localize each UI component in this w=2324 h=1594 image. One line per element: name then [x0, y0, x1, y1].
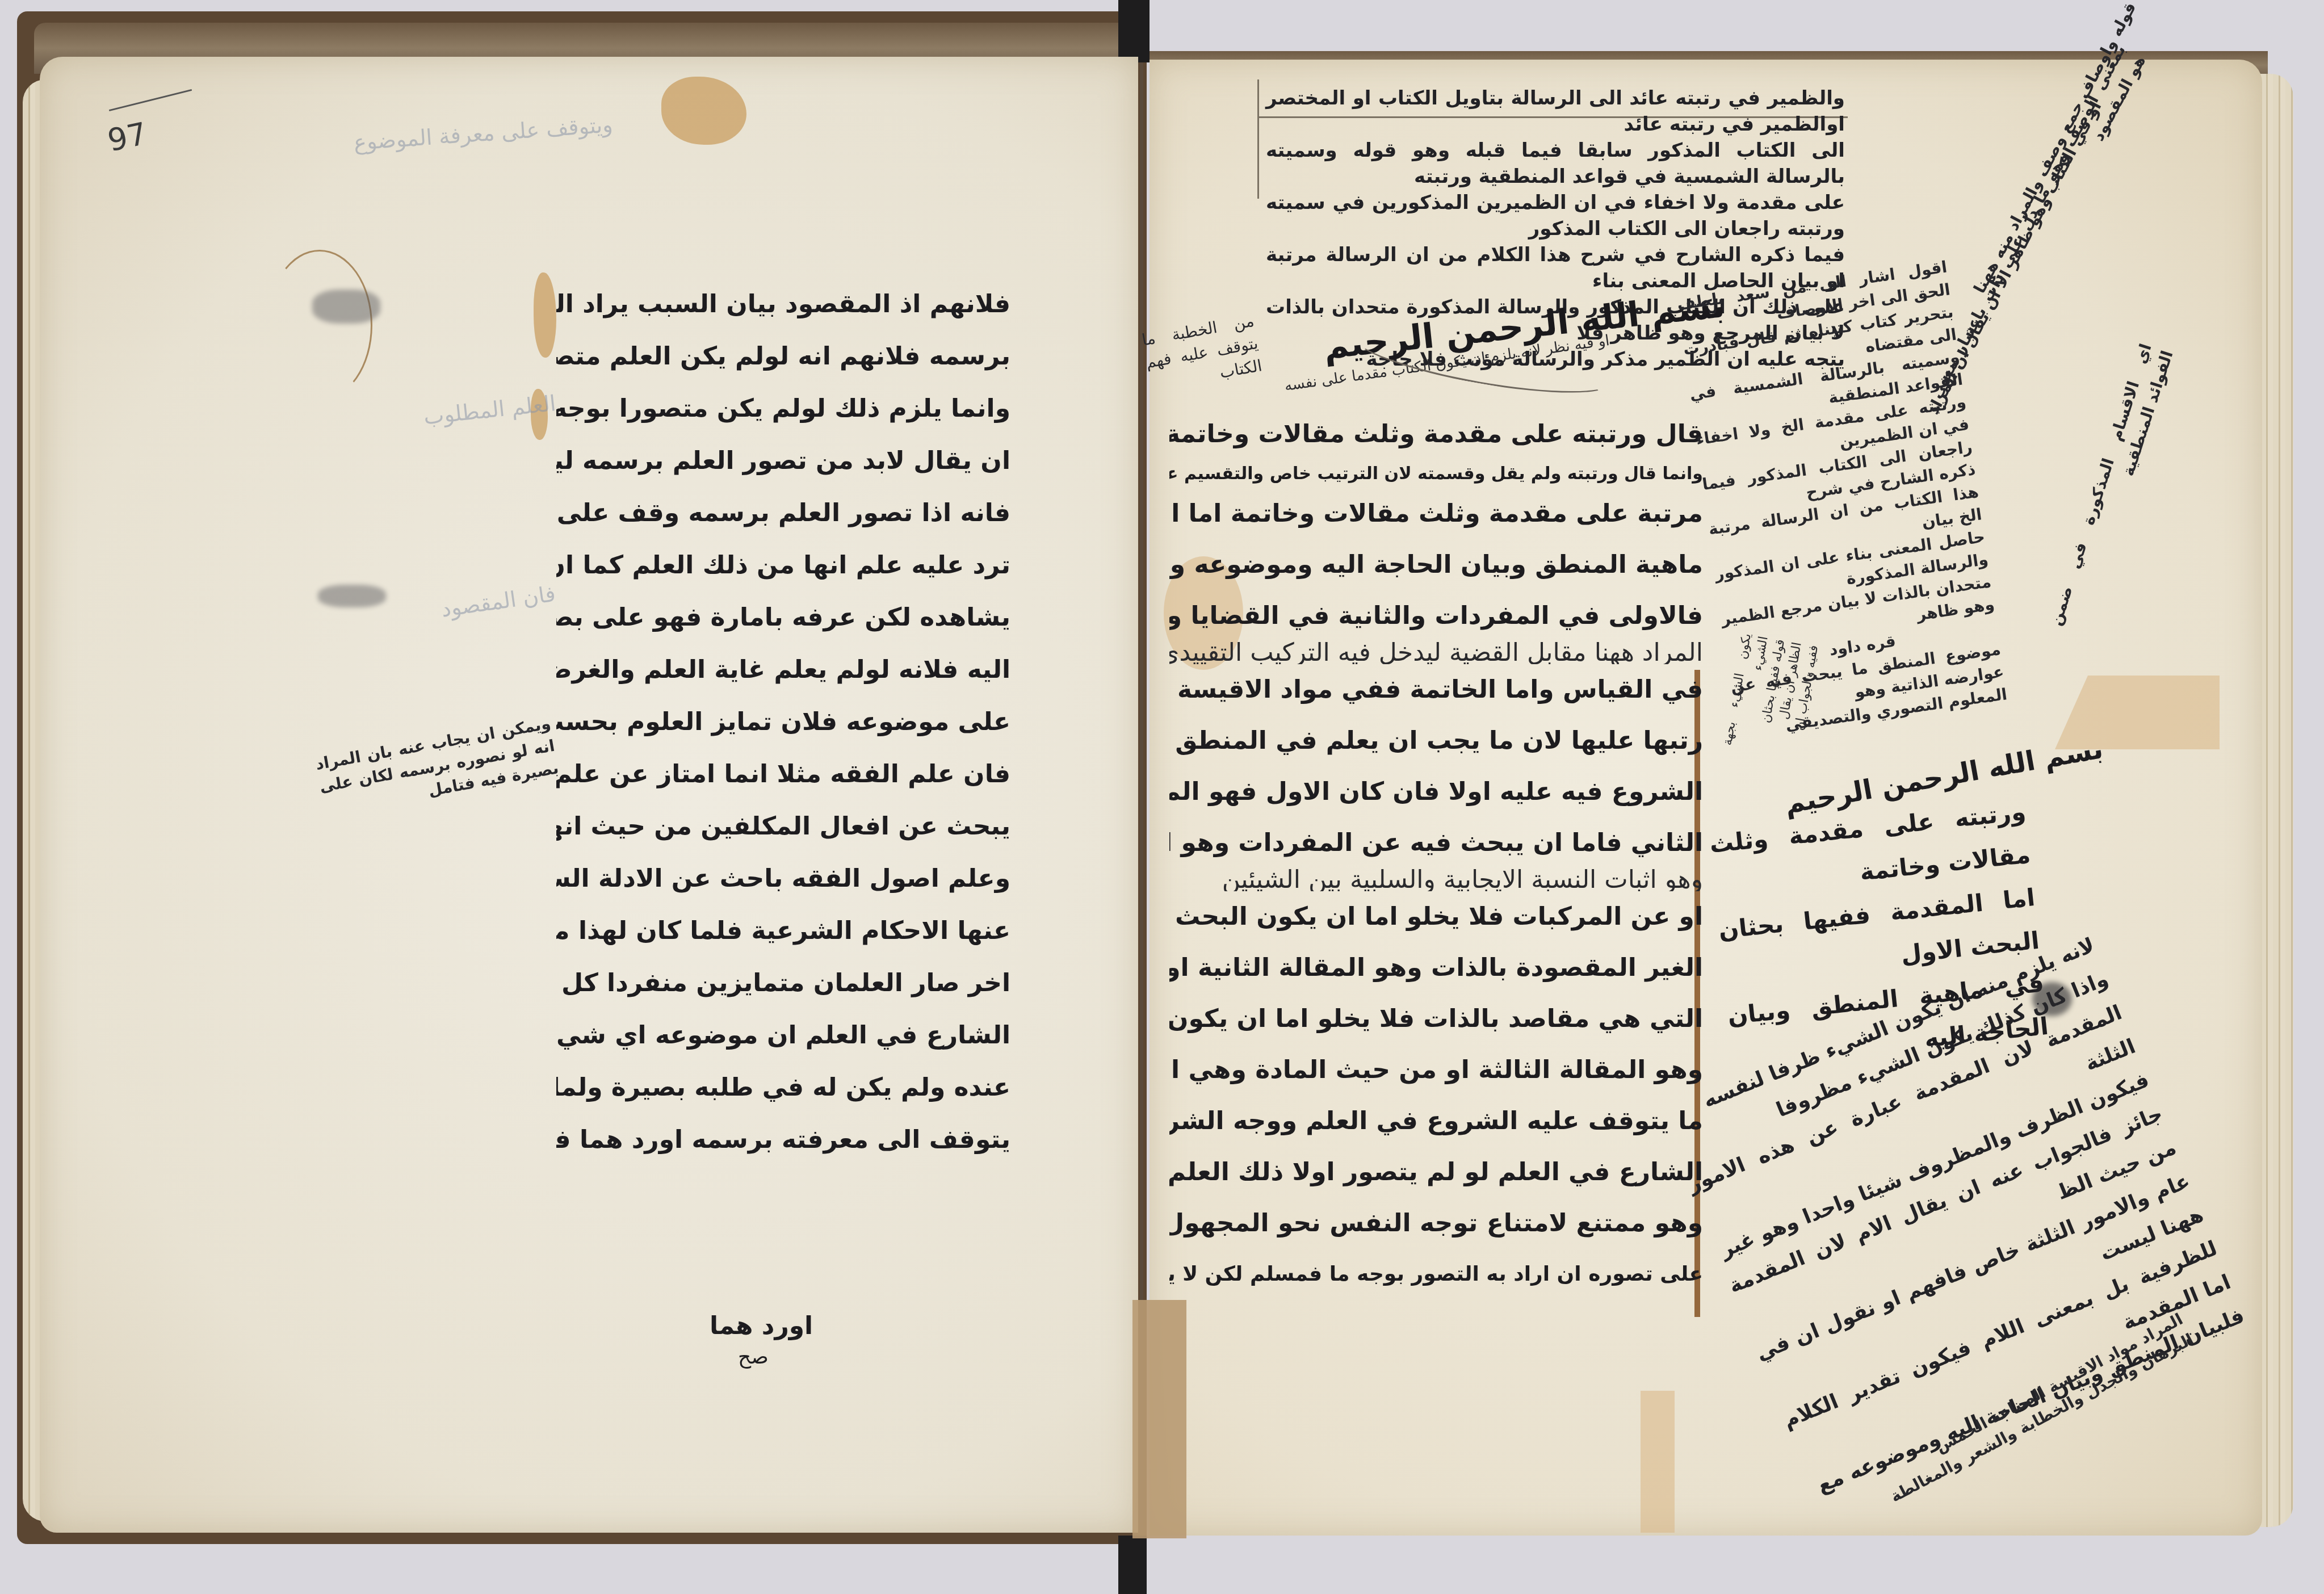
catchword: اورد هما [710, 1311, 813, 1340]
text-line: في القياس واما الخاتمة ففي مواد الاقيسة … [1169, 664, 1703, 715]
left-main-text: فلانهم اذ المقصود بيان السبب يراد العرف … [556, 278, 1010, 1166]
spine-strap-top [1118, 0, 1150, 62]
text-line: فلانهم اذ المقصود بيان السبب يراد العرف … [556, 278, 1010, 330]
water-stain [1641, 1391, 1675, 1533]
text-line: الشارع في العلم ان موضوعه اي شيء هو لم ي… [556, 1009, 1010, 1062]
text-line: برسمه فلانهم انه لولم يكن العلم متصورا ب… [556, 330, 1010, 383]
text-line: فالاولى في المفردات والثانية في القضايا … [1169, 590, 1703, 641]
text-line: وعلم اصول الفقه باحث عن الادلة السمعية م… [556, 853, 1010, 905]
right-main-text: قال ورتبته على مقدمة وثلث مقالات وخاتمة … [1169, 409, 1703, 1300]
ruling-line [1257, 79, 1259, 199]
ink-blot [2032, 982, 2072, 1016]
text-line: عنها الاحكام الشرعية فلما كان لهذا موضوع… [556, 905, 1010, 957]
text-line: وهو المقالة الثالثة او من حيث المادة وهي… [1169, 1045, 1703, 1096]
verification-mark: صح [738, 1345, 769, 1369]
text-line: ان يقال لابد من تصور العلم برسمه ليكون ا… [556, 435, 1010, 487]
text-line: وانما يلزم ذلك لولم يكن متصورا بوجه ما م… [556, 383, 1010, 435]
text-line: الشروع فيه عليه اولا فان كان الاول فهو ا… [1169, 766, 1703, 817]
text-line: وهو ممتنع لامتناع توجه النفس نحو المجهول… [1169, 1198, 1703, 1249]
text-line: وانما قال ورتبته ولم يقل وقسمته لان التر… [1169, 460, 1703, 488]
commentary-line: على مقدمة ولا اخفاء في ان الظميرين المذك… [1266, 190, 1845, 242]
spine-strap-bottom [1118, 1536, 1147, 1594]
interlinear-note: المراد ههنا مقابل القضية ليدخل فيه الترك… [1169, 641, 1703, 664]
text-line: يتوقف الى معرفته برسمه اورد هما في بحث و… [556, 1114, 1010, 1166]
text-line: رتبها عليها لان ما يجب ان يعلم في المنطق… [1169, 715, 1703, 766]
text-line: الشارع في العلم لو لم يتصور اولا ذلك الع… [1169, 1147, 1703, 1198]
spine-repair-strip [1132, 1300, 1186, 1538]
text-line: ما يتوقف عليه الشروع في العلم ووجه الشرو… [1169, 1096, 1703, 1147]
text-line: الغير المقصودة بالذات وهو المقالة الثاني… [1169, 942, 1703, 993]
text-line: فان علم الفقه مثلا انما امتاز عن علم اصو… [556, 748, 1010, 800]
text-line: ماهية المنطق وبيان الحاجة اليه وموضوعه و… [1169, 539, 1703, 590]
text-line: على تصوره ان اراد به التصور بوجه ما فمسل… [1169, 1249, 1703, 1300]
thread-curve [267, 250, 372, 401]
text-line: اخر صار العلمان متمايزين منفردا كل واحد … [556, 957, 1010, 1009]
text-line: اليه فلانه لولم يعلم غاية العلم والغرض ع… [556, 644, 1010, 696]
ink-smudge [312, 290, 380, 324]
text-line: يشاهده لكن عرفه بامارة فهو على بصيرة في … [556, 592, 1010, 644]
text-line: على موضوعه فلان تمايز العلوم بحسب تمايز … [556, 696, 1010, 748]
text-line: ترد عليه علم انها من ذلك العلم كما ان من… [556, 539, 1010, 592]
text-line: يبحث عن افعال المكلفين من حيث انها تحل و… [556, 800, 1010, 853]
ink-smudge [318, 585, 386, 607]
text-line: فانه اذا تصور العلم برسمه وقف على جميع م… [556, 487, 1010, 539]
text-line: مرتبة على مقدمة وثلث مقالات وخاتمة اما ا… [1169, 488, 1703, 539]
text-line: قال ورتبته على مقدمة وثلث مقالات وخاتمة … [1169, 409, 1703, 460]
text-line: او عن المركبات فلا يخلو اما ان يكون البح… [1169, 891, 1703, 942]
commentary-line: والظمير في رتبته عائد الى الرسالة بتاويل… [1266, 85, 1845, 137]
text-line: التي هي مقاصد بالذات فلا يخلو اما ان يكو… [1169, 993, 1703, 1045]
text-line: الثاني فاما ان يبحث فيه عن المفردات وهو … [1169, 817, 1703, 869]
commentary-line: الى الكتاب المذكور سابقا فيما قبله وهو ق… [1266, 137, 1845, 190]
interlinear-note: وهو اثبات النسبة الايجابية والسلبية بين … [1169, 869, 1703, 891]
text-line: عنده ولم يكن له في طلبه بصيرة ولما كان ب… [556, 1062, 1010, 1114]
